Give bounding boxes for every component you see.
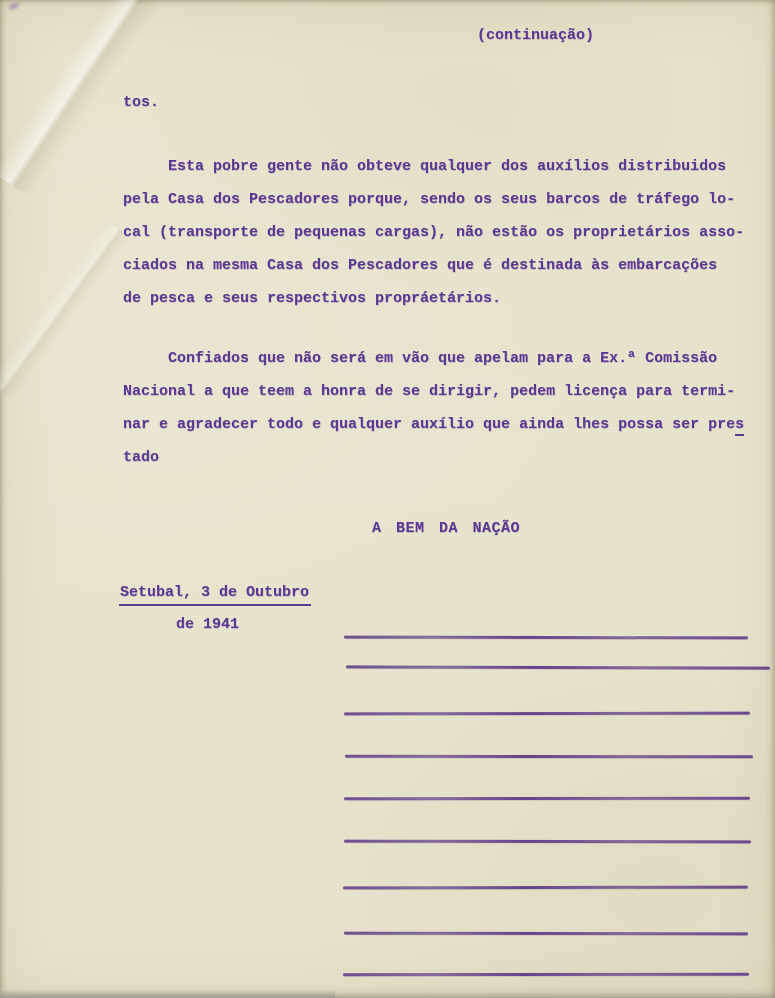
continuation-header: (continuação) — [477, 27, 594, 44]
signature-line — [344, 712, 750, 716]
hyphenation-underlined-letter: s — [735, 416, 744, 436]
signature-line — [343, 886, 748, 890]
paragraph-line: Nacional a que teem a honra de se dirigi… — [123, 375, 744, 408]
motto-a-bem-da-nacao: A BEM DA NAÇÃO — [372, 520, 520, 537]
signature-line — [344, 932, 748, 936]
paragraph-line: nar e agradecer todo e qualquer auxílio … — [123, 408, 744, 441]
paragraph-line: cal (transporte de pequenas cargas), não… — [123, 216, 744, 249]
signature-line — [343, 973, 749, 976]
paragraph-line-text: nar e agradecer todo e qualquer auxílio … — [123, 416, 735, 433]
paper-fold-crease-left — [0, 220, 131, 399]
signature-line — [346, 665, 770, 669]
dateline-place-underlined: Setubal, 3 de Outubro — [119, 584, 311, 606]
paragraph-line: ciados na mesma Casa dos Pescadores que … — [123, 249, 744, 282]
paragraph-line: Esta pobre gente não obteve qualquer dos… — [123, 150, 744, 183]
opening-word-fragment: tos. — [123, 94, 159, 111]
paper-bottom-edge-shadow — [0, 989, 335, 998]
ink-smudge-corner — [5, 0, 24, 14]
signature-line — [344, 797, 750, 801]
paragraph-aid-not-received: Esta pobre gente não obteve qualquer dos… — [123, 150, 744, 315]
signature-line — [344, 840, 751, 844]
paragraph-line: de pesca e seus respectivos propráetário… — [123, 282, 744, 315]
signature-line — [345, 755, 753, 759]
dateline-year: de 1941 — [176, 616, 239, 633]
paragraph-line: Confiados que não será em vão que apelam… — [123, 342, 744, 375]
signature-line — [344, 636, 748, 640]
paragraph-closing-appeal: Confiados que não será em vão que apelam… — [123, 342, 744, 474]
scanned-document-page: (continuação) tos. Esta pobre gente não … — [0, 0, 775, 998]
paragraph-line: tado — [123, 441, 744, 474]
paragraph-line: pela Casa dos Pescadores porque, sendo o… — [123, 183, 744, 216]
